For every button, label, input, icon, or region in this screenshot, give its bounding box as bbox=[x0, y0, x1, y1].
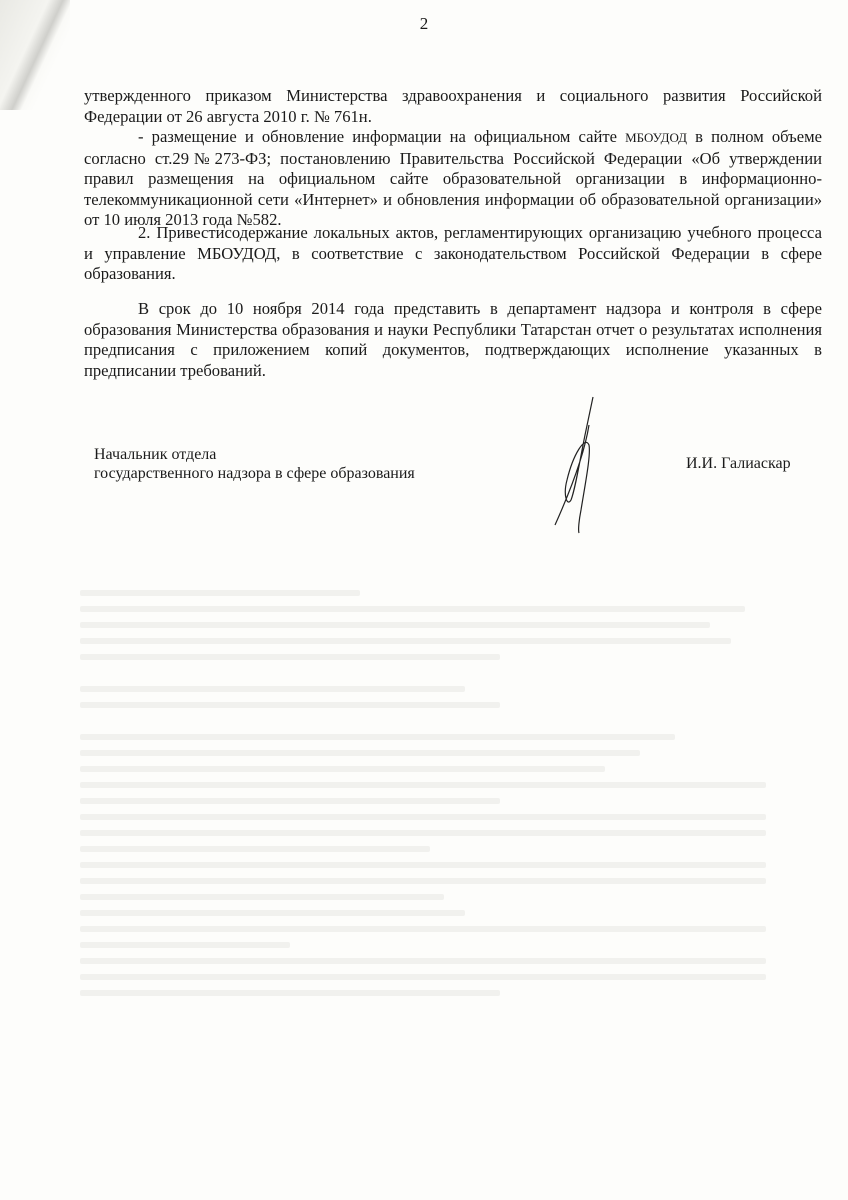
document-page: 2 утвержденного приказом Министерства зд… bbox=[0, 0, 848, 1200]
paragraph-4: В срок до 10 ноября 2014 года представит… bbox=[84, 299, 822, 381]
paragraph-2-prefix: - размещение и обновление информации на … bbox=[138, 127, 625, 146]
signer-position-line2: государственного надзора в сфере образов… bbox=[94, 464, 415, 483]
page-number: 2 bbox=[0, 14, 848, 34]
signer-name: И.И. Галиаскар bbox=[686, 455, 791, 473]
bleed-through-text bbox=[80, 580, 780, 1006]
organization-abbreviation: МБОУДОД bbox=[625, 130, 687, 145]
paragraph-3: 2. Привестисодержание локальных актов, р… bbox=[84, 223, 822, 285]
paragraph-1: утвержденного приказом Министерства здра… bbox=[84, 86, 822, 127]
signer-position-line1: Начальник отдела bbox=[94, 445, 415, 464]
signer-position: Начальник отдела государственного надзор… bbox=[94, 445, 415, 483]
paragraph-2: - размещение и обновление информации на … bbox=[84, 127, 822, 231]
handwritten-signature bbox=[545, 395, 615, 535]
